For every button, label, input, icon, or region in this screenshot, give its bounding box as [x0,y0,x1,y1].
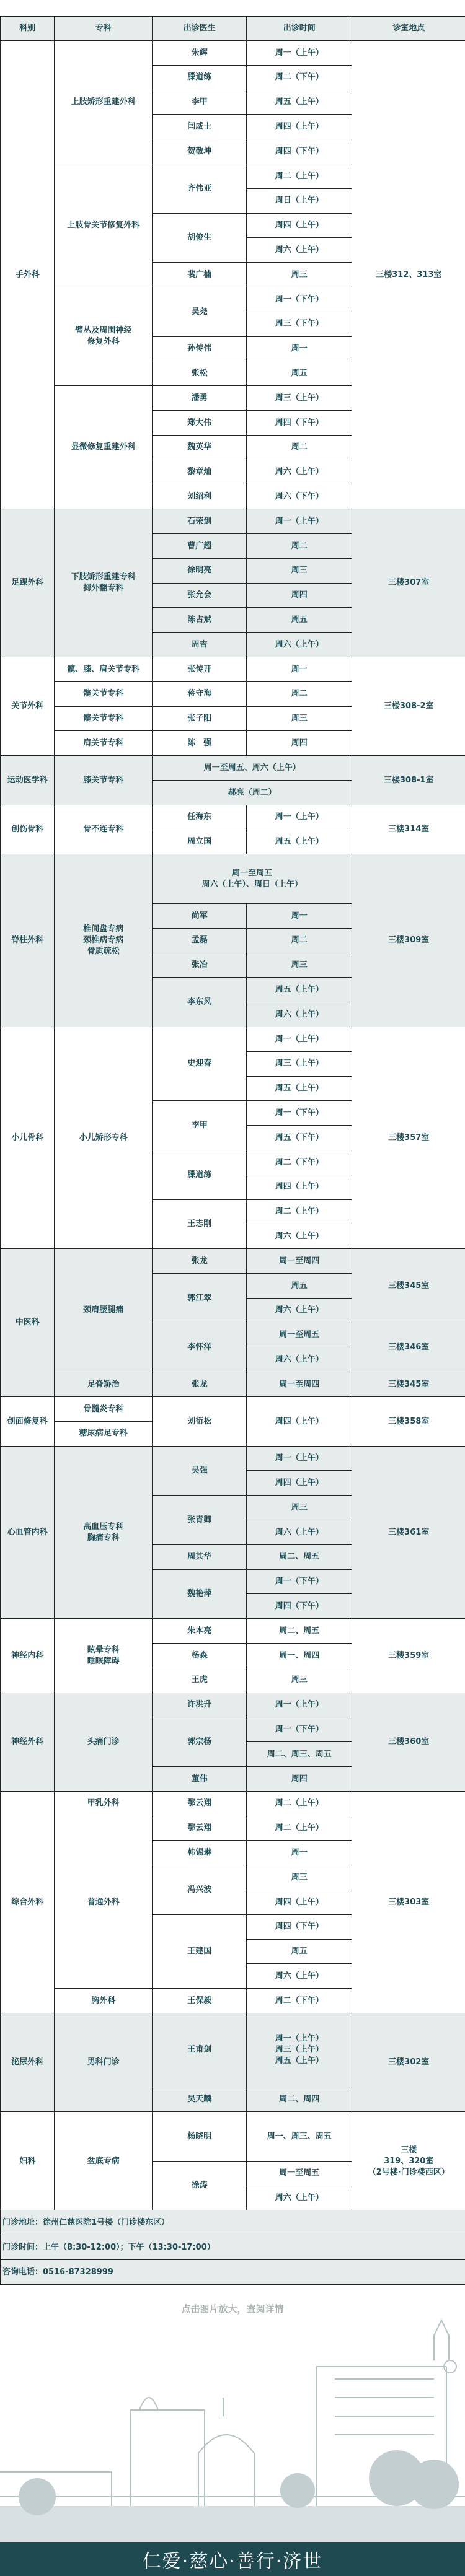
specialty-cell: 膝关节专科 [54,755,153,805]
doctor-cell: 周其华 [152,1544,247,1570]
specialty-cell: 盆底专病 [54,2111,153,2211]
doctor-cell: 朱本亮 [152,1618,247,1644]
doctor-cell: 贺敬坤 [152,139,247,164]
doctor-cell: 刘绍利 [152,484,247,509]
specialty-cell: 显微修复重建外科 [54,385,153,510]
doctor-cell: 陈 强 [152,730,247,756]
schedule-cell: 周二、周五 [246,1544,353,1570]
doctor-cell: 史迎春 [152,1027,247,1102]
doctor-cell: 郑大伟 [152,410,247,436]
schedule-cell: 周二 [246,928,353,953]
schedule-cell: 周六（上午） [246,2186,353,2211]
doctor-cell: 张允会 [152,583,247,608]
schedule-cell: 周一至周四 [246,1372,353,1397]
schedule-cell: 周六（上午） [246,1347,353,1372]
schedule-cell: 周一（下午） [246,1717,353,1742]
room-cell: 三楼302室 [352,2013,465,2113]
doctor-cell: 刘衍松 [152,1396,247,1447]
doctor-cell: 周一至周五 周六（上午）、周日（上午） [152,854,353,904]
department-cell: 关节外科 [0,657,55,756]
doctor-cell: 陈占斌 [152,607,247,633]
schedule-cell: 周一至周四 [246,1248,353,1274]
doctor-cell: 胡俊生 [152,213,247,263]
doctor-cell: 尚军 [152,903,247,929]
specialty-cell: 甲乳外科 [54,1791,153,1816]
doctor-cell: 任海东 [152,805,247,830]
schedule-cell: 周二（上午） [246,1199,353,1225]
schedule-cell: 周一（上午） [246,805,353,830]
schedule-cell: 周四（下午） [246,139,353,164]
clinic-hours: 门诊时间：上午（8:30-12:00）；下午（13:30-17:00） [0,2235,465,2260]
schedule-cell: 周三 [246,1495,353,1520]
doctor-cell: 鄂云翔 [152,1816,247,1841]
schedule-cell: 周四（下午） [246,1914,353,1940]
doctor-cell: 周立国 [152,830,247,855]
department-cell: 神经内科 [0,1618,55,1693]
room-cell: 三楼345室 [352,1372,465,1397]
specialty-cell: 下肢矫形重建专科 拇外翻专科 [54,509,153,657]
schedule-cell: 周四（上午） [246,1890,353,1915]
schedule-cell: 周三 [246,706,353,732]
doctor-cell: 黎章灿 [152,460,247,485]
schedule-cell: 周二（上午） [246,1791,353,1816]
schedule-cell: 周一（下午） [246,1100,353,1126]
doctor-cell: 吴天麟 [152,2087,247,2112]
doctor-cell: 潘勇 [152,385,247,411]
doctor-cell: 李怀洋 [152,1323,247,1373]
schedule-cell: 周三 [246,558,353,584]
schedule-cell: 周四（上午） [246,114,353,139]
schedule-cell: 周一（下午） [246,287,353,312]
schedule-cell: 周一（上午） [246,1446,353,1471]
department-cell: 小儿骨科 [0,1027,55,1250]
schedule-cell: 周一（上午） 周三（上午） 周五（上午） [246,2013,353,2088]
room-cell: 三楼 319、320室 （2号楼·门诊楼西区） [352,2111,465,2211]
column-header-doctor: 出诊医生 [152,16,247,42]
schedule-cell: 周二（下午） [246,1150,353,1175]
doctor-cell: 朱辉 [152,40,247,66]
specialty-cell: 普通外科 [54,1816,153,1989]
doctor-cell: 李甲 [152,1100,247,1150]
room-cell: 三楼346室 [352,1323,465,1373]
doctor-cell: 韩锡琳 [152,1840,247,1865]
schedule-cell: 周五（上午） [246,90,353,115]
specialty-cell: 上肢骨关节修复外科 [54,164,153,288]
schedule-cell: 周六（上午） [246,1963,353,1989]
schedule-cell: 周五 [246,361,353,386]
schedule-cell: 周二（上午） [246,1816,353,1841]
schedule-cell: 周六（上午） [246,237,353,263]
slogan-banner: 仁爱·慈心·善行·济世 [0,2542,465,2576]
doctor-cell: 周一至周五、周六（上午） [152,755,353,781]
doctor-cell: 王甫剑 [152,2013,247,2088]
schedule-cell: 周四（上午） [246,1175,353,1200]
doctor-cell: 郭江翠 [152,1273,247,1323]
schedule-cell: 周四（下午） [246,410,353,436]
doctor-cell: 徐明亮 [152,558,247,584]
doctor-cell: 郝亮（周二） [152,780,353,805]
schedule-cell: 周五 [246,1273,353,1299]
schedule-cell: 周五（上午） [246,830,353,855]
doctor-cell: 滕道练 [152,1150,247,1200]
doctor-cell: 杨晓明 [152,2111,247,2162]
room-cell: 三楼307室 [352,509,465,657]
specialty-cell: 髋、膝、肩关节专科 [54,657,153,682]
room-cell: 三楼312、313室 [352,40,465,510]
department-cell: 神经外科 [0,1693,55,1792]
doctor-cell: 郭宗杨 [152,1717,247,1767]
specialty-cell: 男科门诊 [54,2013,153,2113]
department-cell: 创伤骨科 [0,805,55,855]
doctor-cell: 杨森 [152,1643,247,1668]
doctor-cell: 裴广楠 [152,262,247,287]
column-header-specialty: 专科 [54,16,153,42]
schedule-cell: 周四（上午） [246,1470,353,1496]
schedule-cell: 周二、周四 [246,2087,353,2112]
consult-phone: 咨询电话：0516-87328999 [0,2259,465,2285]
schedule-cell: 周一 [246,336,353,362]
schedule-cell: 周二 [246,435,353,460]
department-cell: 运动医学科 [0,755,55,805]
schedule-cell: 周六（上午） [246,1298,353,1323]
room-cell: 三楼359室 [352,1618,465,1693]
doctor-cell: 张冶 [152,953,247,978]
doctor-cell: 齐伟亚 [152,164,247,214]
schedule-cell: 周三（下午） [246,312,353,337]
schedule-cell: 周三 [246,953,353,978]
schedule-cell: 周六（上午） [246,632,353,657]
schedule-cell: 周六（上午） [246,1520,353,1545]
schedule-cell: 周一（上午） [246,509,353,534]
room-cell: 三楼357室 [352,1027,465,1250]
doctor-cell: 冯兴波 [152,1865,247,1915]
doctor-cell: 王建国 [152,1914,247,1989]
doctor-cell: 李甲 [152,90,247,115]
schedule-cell: 周一 [246,903,353,929]
specialty-cell: 高血压专科 胸痛专科 [54,1446,153,1619]
department-cell: 心血管内科 [0,1446,55,1619]
schedule-cell: 周一 [246,657,353,682]
specialty-cell: 小儿矫形专科 [54,1027,153,1250]
doctor-cell: 曹广超 [152,533,247,559]
doctor-cell: 张青卿 [152,1495,247,1545]
department-cell: 足踝外科 [0,509,55,657]
doctor-cell: 闫威士 [152,114,247,139]
specialty-cell: 上肢矫形重建外科 [54,40,153,165]
schedule-cell: 周四（上午） [246,213,353,239]
schedule-cell: 周一（上午） [246,1027,353,1052]
room-cell: 三楼308-1室 [352,755,465,805]
department-cell: 妇科 [0,2111,55,2211]
schedule-cell: 周六（下午） [246,484,353,509]
column-header-schedule: 出诊时间 [246,16,353,42]
department-cell: 综合外科 [0,1791,55,2014]
doctor-cell: 徐涛 [152,2161,247,2211]
doctor-cell: 魏英华 [152,435,247,460]
specialty-cell: 足脊矫治 [54,1372,153,1397]
department-cell: 脊柱外科 [0,854,55,1027]
doctor-cell: 周吉 [152,632,247,657]
schedule-cell: 周五 [246,607,353,633]
schedule-cell: 周二、周五 [246,1618,353,1644]
department-cell: 创面修复科 [0,1396,55,1447]
doctor-cell: 董伟 [152,1766,247,1792]
schedule-cell: 周二、周三、周五 [246,1741,353,1767]
department-cell: 中医科 [0,1248,55,1397]
schedule-cell: 周一、周三、周五 [246,2111,353,2162]
doctor-cell: 张子阳 [152,706,247,732]
doctor-cell: 孙传伟 [152,336,247,362]
hospital-building-illustration [0,2292,465,2542]
schedule-cell: 周一（上午） [246,1693,353,1718]
schedule-cell: 周一（上午） [246,40,353,66]
room-cell: 三楼361室 [352,1446,465,1619]
doctor-cell: 吴尧 [152,287,247,337]
schedule-cell: 周二（下午） [246,1988,353,2013]
schedule-cell: 周六（上午） [246,1002,353,1027]
doctor-cell: 张松 [152,361,247,386]
schedule-cell: 周一 [246,1840,353,1865]
doctor-cell: 王志刚 [152,1199,247,1250]
schedule-cell: 周日（上午） [246,188,353,214]
doctor-cell: 许洪升 [152,1693,247,1718]
specialty-cell: 骨不连专科 [54,805,153,855]
schedule-cell: 周二（上午） [246,164,353,189]
doctor-cell: 张龙 [152,1248,247,1274]
room-cell: 三楼303室 [352,1791,465,2014]
doctor-cell: 孟磊 [152,928,247,953]
specialty-cell: 颈肩腰腿痛 [54,1248,153,1373]
schedule-cell: 周二 [246,681,353,707]
schedule-cell: 周六（上午） [246,1224,353,1249]
specialty-cell: 胸外科 [54,1988,153,2013]
doctor-cell: 王虎 [152,1668,247,1693]
room-cell: 三楼308-2室 [352,657,465,756]
specialty-cell: 糖尿病足专科 [54,1421,153,1447]
room-cell: 三楼358室 [352,1396,465,1447]
column-header-department: 科别 [0,16,55,42]
schedule-cell: 周三（上午） [246,1051,353,1077]
doctor-cell: 鄂云翔 [152,1791,247,1816]
schedule-cell: 周二 [246,533,353,559]
slogan-text: 仁爱·慈心·善行·济世 [143,2546,323,2573]
doctor-cell: 魏艳萍 [152,1569,247,1619]
clinic-address: 门诊地址：徐州仁慈医院1号楼（门诊楼东区） [0,2210,465,2235]
specialty-cell: 髋关节专科 [54,681,153,707]
column-header-room: 诊室地点 [352,16,465,42]
schedule-cell: 周五 [246,1939,353,1965]
schedule-cell: 周一至周五 [246,1323,353,1348]
doctor-cell: 石荣剑 [152,509,247,534]
specialty-cell: 骨髓炎专科 [54,1396,153,1422]
room-cell: 三楼314室 [352,805,465,855]
doctor-cell: 李东风 [152,977,247,1027]
doctor-cell: 蒋守海 [152,681,247,707]
doctor-cell: 吴强 [152,1446,247,1496]
schedule-cell: 周三 [246,1668,353,1693]
schedule-cell: 周五（上午） [246,1076,353,1102]
schedule-cell: 周三 [246,1865,353,1890]
specialty-cell: 髋关节专科 [54,706,153,732]
schedule-cell: 周一至周五 [246,2161,353,2186]
schedule-cell: 周五（上午） [246,977,353,1002]
schedule-cell: 周三（上午） [246,385,353,411]
room-cell: 三楼345室 [352,1248,465,1323]
department-cell: 泌尿外科 [0,2013,55,2113]
schedule-cell: 周五（下午） [246,1125,353,1150]
schedule-cell: 周二（下午） [246,65,353,90]
schedule-cell: 周四 [246,730,353,756]
department-cell: 手外科 [0,40,55,510]
schedule-cell: 周四 [246,1766,353,1792]
specialty-cell: 肩关节专科 [54,730,153,756]
schedule-cell: 周六（上午） [246,460,353,485]
doctor-cell: 滕道练 [152,65,247,90]
schedule-cell: 周一、周四 [246,1643,353,1668]
schedule-cell: 周三 [246,262,353,287]
schedule-cell: 周一（下午） [246,1569,353,1595]
schedule-cell: 周四 [246,583,353,608]
specialty-cell: 眩晕专科 睡眠障碍 [54,1618,153,1693]
specialty-cell: 椎间盘专病 颈椎病专病 骨质疏松 [54,854,153,1027]
specialty-cell: 头痛门诊 [54,1693,153,1792]
doctor-cell: 王保毅 [152,1988,247,2013]
schedule-cell: 周四（下午） [246,1593,353,1619]
schedule-cell: 周四（上午） [246,1396,353,1447]
room-cell: 三楼309室 [352,854,465,1027]
specialty-cell: 臂丛及周围神经 修复外科 [54,287,153,387]
doctor-cell: 张龙 [152,1372,247,1397]
room-cell: 三楼360室 [352,1693,465,1792]
doctor-cell: 张传开 [152,657,247,682]
